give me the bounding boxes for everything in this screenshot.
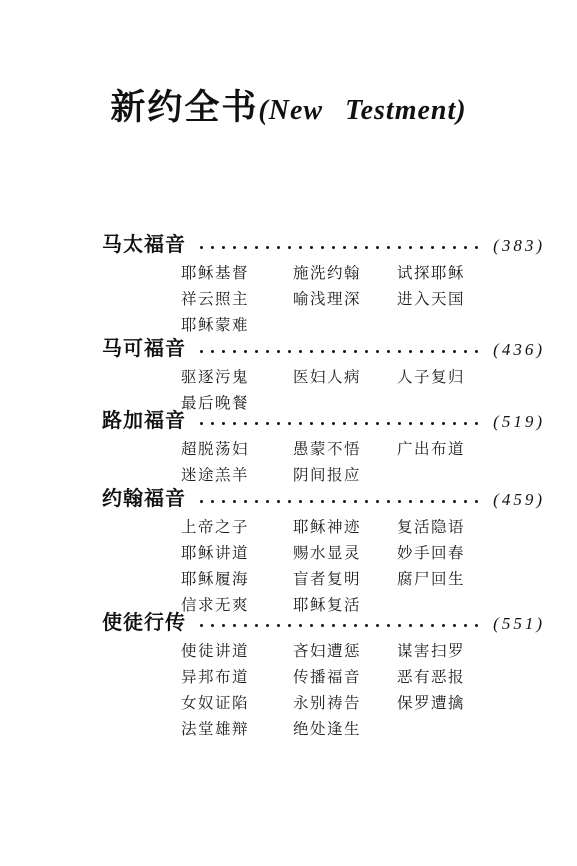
toc-section-head: 使徒行传 (551): [102, 606, 545, 632]
topic-item: 复活隐语: [397, 515, 545, 541]
topic-item: 法堂雄辩: [181, 717, 293, 743]
topic-item: 恶有恶报: [397, 665, 545, 691]
toc-section-head: 马太福音 (383): [102, 228, 545, 254]
topic-item: 愚蒙不悟: [293, 437, 397, 463]
toc-section: 马太福音 (383) 耶稣基督施洗约翰试探耶稣祥云照主喻浅理深进入天国耶稣蒙难: [102, 228, 545, 339]
toc-section-head: 约翰福音 (459): [102, 482, 545, 508]
section-title: 马太福音: [102, 228, 186, 257]
toc: 马太福音 (383) 耶稣基督施洗约翰试探耶稣祥云照主喻浅理深进入天国耶稣蒙难 …: [102, 0, 545, 866]
section-page-number: (383): [493, 236, 545, 256]
topic-item: 施洗约翰: [293, 261, 397, 287]
section-page-number: (519): [493, 412, 545, 432]
topic-item: 耶稣神迹: [293, 515, 397, 541]
section-title: 路加福音: [102, 404, 186, 433]
dots-leader: [196, 499, 485, 504]
topic-item: 传播福音: [293, 665, 397, 691]
dots-leader: [196, 245, 485, 250]
topic-item: 驱逐污鬼: [181, 365, 293, 391]
section-topics: 耶稣基督施洗约翰试探耶稣祥云照主喻浅理深进入天国耶稣蒙难: [181, 261, 545, 339]
section-page-number: (436): [493, 340, 545, 360]
topic-item: 永别祷告: [293, 691, 397, 717]
topic-item: 使徒讲道: [181, 639, 293, 665]
section-page-number: (551): [493, 614, 545, 634]
section-title: 使徒行传: [102, 606, 186, 635]
topic-item: 吝妇遭惩: [293, 639, 397, 665]
topic-item: 祥云照主: [181, 287, 293, 313]
topic-item: 上帝之子: [181, 515, 293, 541]
topic-item: 绝处逢生: [293, 717, 397, 743]
topic-item: 妙手回春: [397, 541, 545, 567]
section-page-number: (459): [493, 490, 545, 510]
topic-item: 腐尸回生: [397, 567, 545, 593]
topic-item: 进入天国: [397, 287, 545, 313]
topic-item: 试探耶稣: [397, 261, 545, 287]
topic-item: 保罗遭擒: [397, 691, 545, 717]
dots-leader: [196, 349, 485, 354]
toc-section: 使徒行传 (551) 使徒讲道吝妇遭惩谋害扫罗异邦布道传播福音恶有恶报女奴证陷永…: [102, 606, 545, 743]
topic-item: 人子复归: [397, 365, 545, 391]
toc-section: 路加福音 (519) 超脱荡妇愚蒙不悟广出布道迷途羔羊阴间报应: [102, 404, 545, 489]
toc-section: 约翰福音 (459) 上帝之子耶稣神迹复活隐语耶稣讲道赐水显灵妙手回春耶稣履海盲…: [102, 482, 545, 619]
topic-item: 耶稣履海: [181, 567, 293, 593]
topic-item: 超脱荡妇: [181, 437, 293, 463]
section-title: 马可福音: [102, 332, 186, 361]
topic-item: 耶稣基督: [181, 261, 293, 287]
section-title: 约翰福音: [102, 482, 186, 511]
dots-leader: [196, 421, 485, 426]
dots-leader: [196, 623, 485, 628]
topic-item: 异邦布道: [181, 665, 293, 691]
scanned-book-page: 新约全书(New Testment) 马太福音 (383) 耶稣基督施洗约翰试探…: [0, 0, 577, 866]
topic-item: 赐水显灵: [293, 541, 397, 567]
topic-item: 谋害扫罗: [397, 639, 545, 665]
topic-item: 喻浅理深: [293, 287, 397, 313]
topic-item: 耶稣讲道: [181, 541, 293, 567]
toc-section-head: 路加福音 (519): [102, 404, 545, 430]
topic-item: 医妇人病: [293, 365, 397, 391]
section-topics: 上帝之子耶稣神迹复活隐语耶稣讲道赐水显灵妙手回春耶稣履海盲者复明腐尸回生信求无爽…: [181, 515, 545, 619]
topic-item: 盲者复明: [293, 567, 397, 593]
section-topics: 使徒讲道吝妇遭惩谋害扫罗异邦布道传播福音恶有恶报女奴证陷永别祷告保罗遭擒法堂雄辩…: [181, 639, 545, 743]
topic-item: 广出布道: [397, 437, 545, 463]
topic-item: 女奴证陷: [181, 691, 293, 717]
toc-section-head: 马可福音 (436): [102, 332, 545, 358]
